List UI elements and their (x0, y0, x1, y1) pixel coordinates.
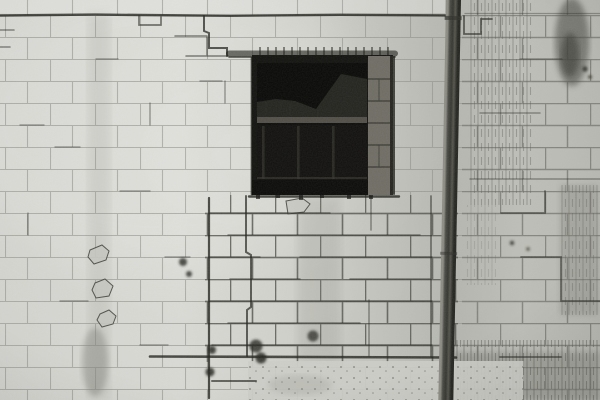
vignette (0, 0, 600, 400)
photograph (0, 0, 600, 400)
wall-photo-canvas (0, 0, 600, 400)
